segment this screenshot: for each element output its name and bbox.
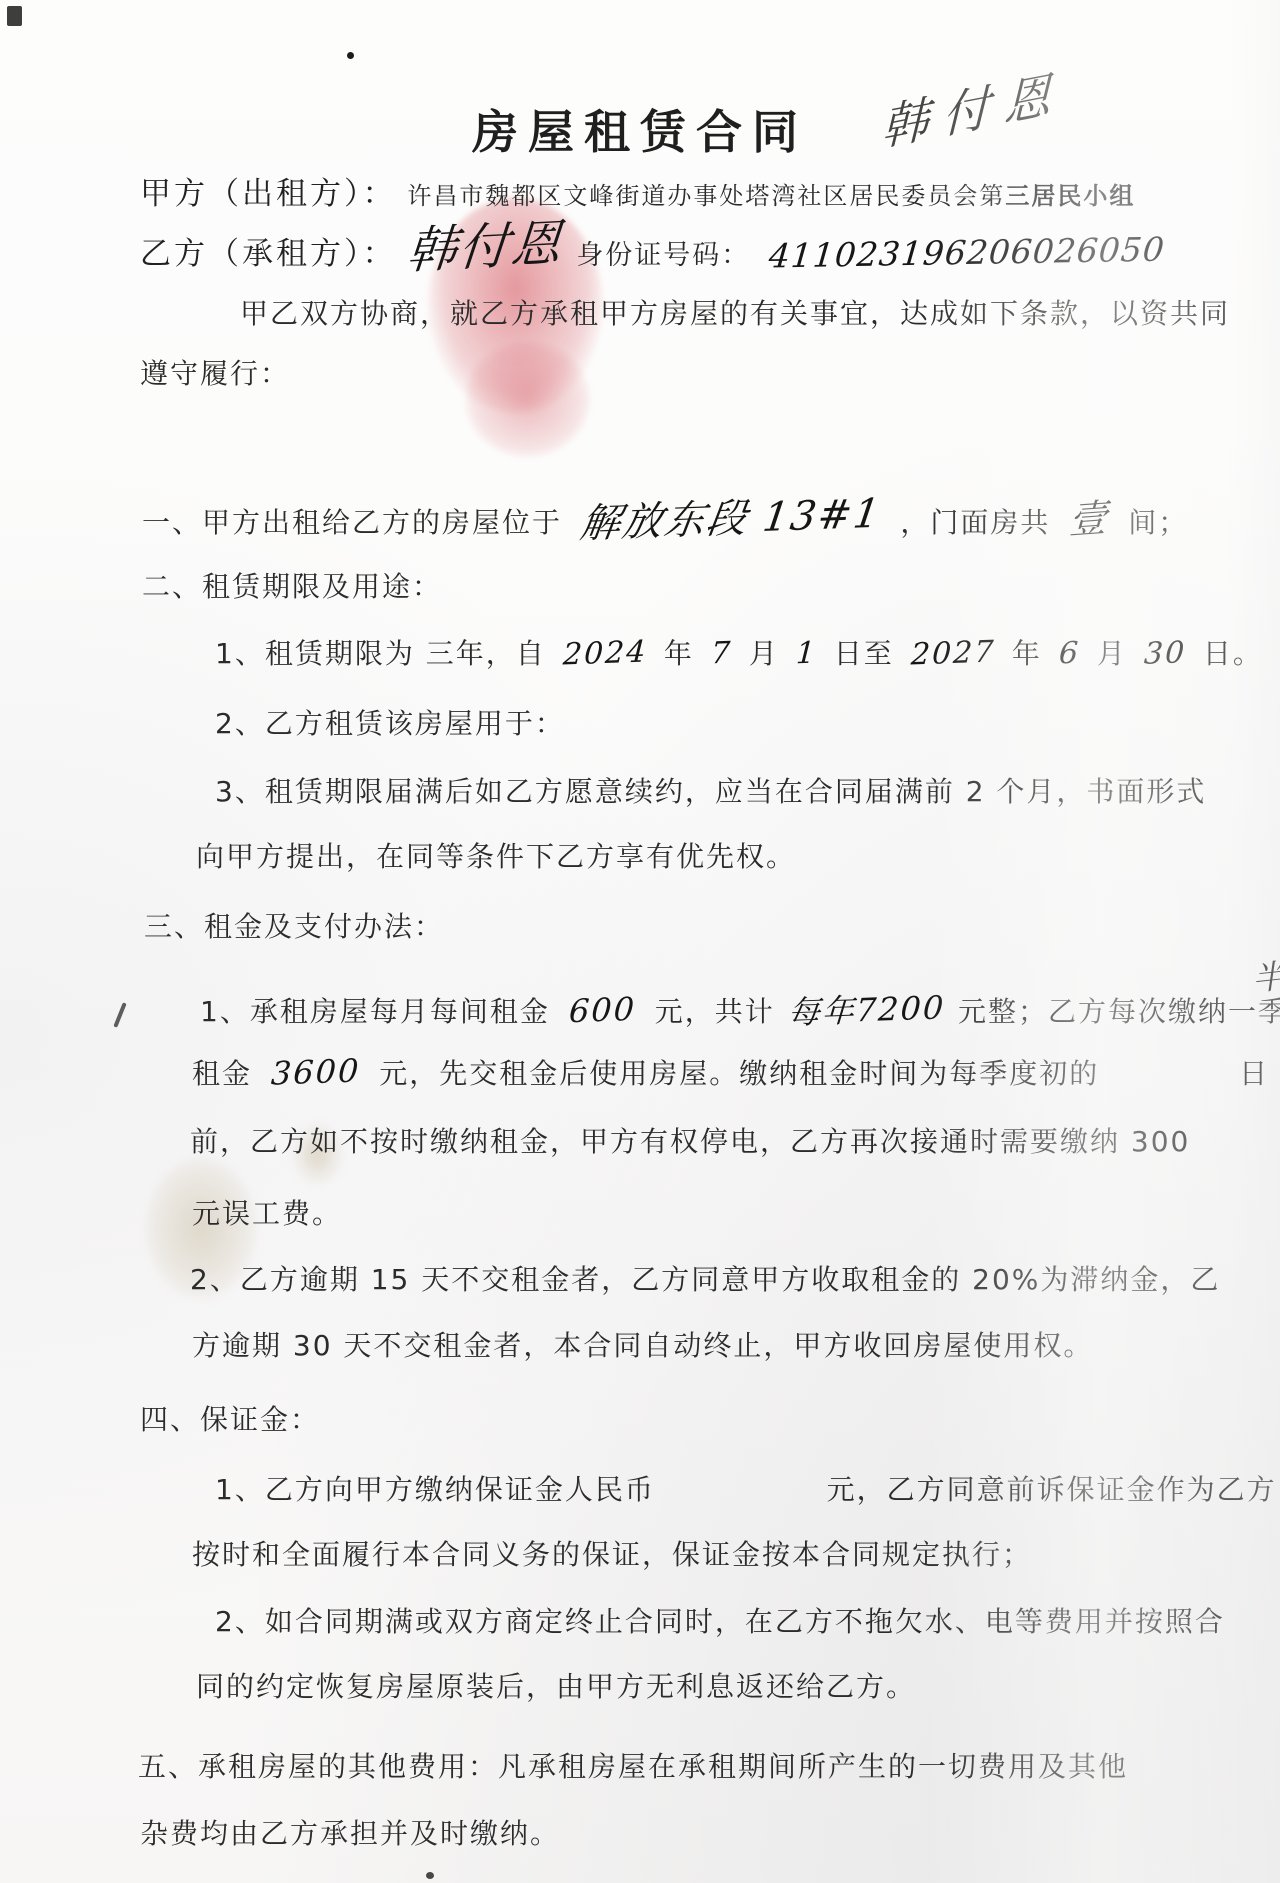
- clause-3-item-1-line-4: 元误工费。: [192, 1192, 342, 1232]
- clause-5-line-2: 杂费均由乙方承担并及时缴纳。: [140, 1812, 560, 1852]
- scanned-contract-page: 韩付恩 房屋租赁合同 甲方（出租方）： 许昌市魏都区文峰街道办事处塔湾社区居民委…: [0, 0, 1280, 1883]
- red-seal-smudge: [465, 342, 590, 457]
- scan-speck-bottom: [426, 1872, 434, 1879]
- year-label-1: 年: [664, 637, 694, 670]
- clause-1-post: 间；: [1128, 506, 1188, 539]
- clause-1-line: 一、甲方出租给乙方的房屋位于 解放东段 13#1 ，门面房共 壹 间；: [142, 487, 1188, 544]
- handwritten-id-number: 411023196206026050: [768, 230, 1167, 276]
- clause-1-mid: ，门面房共: [900, 506, 1050, 539]
- month-label-2: 月: [1097, 637, 1127, 670]
- party-a-value-group: 三居民小组: [1005, 182, 1135, 210]
- handwritten-end-day: 30: [1143, 635, 1187, 672]
- scan-speck-top-left: [7, 6, 22, 26]
- handwritten-halfyear-annotation: 半年: [1250, 947, 1280, 1001]
- party-a-line: 甲方（出租方）： 许昌市魏都区文峰街道办事处塔湾社区居民委员会第三居民小组: [140, 168, 1135, 213]
- scan-speck-left-margin: [113, 1002, 126, 1028]
- document-title: 房屋租赁合同: [0, 96, 1280, 162]
- handwritten-start-year: 2024: [562, 634, 648, 672]
- party-b-label: 乙方（承租方）：: [140, 236, 397, 272]
- clause-5-line-1: 五、承租房屋的其他费用：凡承租房屋在承租期间所产生的一切费用及其他: [138, 1745, 1128, 1785]
- clause-4-item-1-line-2: 按时和全面履行本合同义务的保证，保证金按本合同规定执行；: [192, 1533, 1032, 1573]
- handwritten-end-year: 2027: [910, 634, 996, 672]
- handwritten-start-month: 7: [710, 636, 733, 672]
- id-number-label: 身份证号码：: [576, 240, 750, 271]
- handwritten-tenant-name: 韩付恩: [406, 228, 564, 266]
- handwritten-monthly-rent: 600: [568, 990, 637, 1030]
- to-label: 日至: [834, 637, 894, 670]
- day-label: 日: [1239, 1057, 1269, 1090]
- handwritten-yearly-total: 每年7200: [786, 982, 946, 1034]
- clause-1-pre: 一、甲方出租给乙方的房屋位于: [142, 506, 562, 539]
- party-a-value: 许昌市魏都区文峰街道办事处塔湾社区居民委员会第: [407, 182, 1005, 210]
- clause-2-item-3-line-1: 3、租赁期限届满后如乙方愿意续约，应当在合同届满前 2 个月，书面形式: [215, 770, 1206, 810]
- party-a-label: 甲方（出租方）：: [140, 176, 397, 212]
- handwritten-end-month: 6: [1058, 636, 1081, 672]
- clause-2-item-2: 2、乙方租赁该房屋用于：: [215, 702, 565, 742]
- intro-line-1: 甲乙双方协商，就乙方承租甲方房屋的有关事宜，达成如下条款，以资共同: [240, 292, 1230, 332]
- rent-mid-2: 元整；乙方每次缴纳一: [958, 995, 1258, 1028]
- handwritten-quarter-rent: 3600: [270, 1051, 361, 1092]
- scan-speck-top: [347, 52, 354, 59]
- clause-3-item-1-line-2: 租金 3600 元，先交租金后使用房屋。缴纳租金时间为每季度初的 日: [192, 1052, 1269, 1092]
- quarter-word: 季度: [1258, 995, 1280, 1028]
- end-label: 日。: [1203, 637, 1263, 670]
- handwritten-room-count: 壹: [1068, 486, 1110, 544]
- clause-3-item-2-line-2: 方逾期 30 天不交租金者，本合同自动终止，甲方收回房屋使用权。: [192, 1324, 1093, 1364]
- clause-2-item-1: 1、租赁期限为 三年，自 2024 年 7 月 1 日至 2027 年 6 月 …: [215, 632, 1263, 672]
- rent-mid-1: 元，共计: [655, 995, 775, 1028]
- intro-line-2: 遵守履行：: [140, 352, 290, 392]
- clause-4-heading: 四、保证金：: [140, 1398, 320, 1438]
- clause-3-item-2-line-1: 2、乙方逾期 15 天不交租金者，乙方同意甲方收取租金的 20%为滞纳金，乙: [190, 1258, 1220, 1298]
- clause-3-heading: 三、租金及支付办法：: [144, 905, 444, 945]
- clause-4-item-1-line-1: 1、乙方向甲方缴纳保证金人民币 元，乙方同意前诉保证金作为乙方: [215, 1468, 1277, 1508]
- month-label-1: 月: [749, 637, 779, 670]
- deposit-pre: 1、乙方向甲方缴纳保证金人民币: [215, 1473, 655, 1506]
- quarter-rent-suf: 元，先交租金后使用房屋。缴纳租金时间为每季度初的: [379, 1057, 1099, 1090]
- party-b-line: 乙方（承租方）： 韩付恩 身份证号码： 411023196206026050: [140, 228, 1173, 273]
- year-label-2: 年: [1012, 637, 1042, 670]
- quarter-rent-pre: 租金: [192, 1057, 252, 1090]
- handwritten-start-day: 1: [795, 636, 818, 672]
- deposit-suf: 元，乙方同意前诉保证金作为乙方: [827, 1473, 1277, 1506]
- quarter-word-wrap: 季度半年: [1258, 990, 1280, 1030]
- clause-4-item-2-line-2: 同的约定恢复房屋原装后，由甲方无利息返还给乙方。: [196, 1665, 916, 1705]
- clause-4-item-2-line-1: 2、如合同期满或双方商定终止合同时，在乙方不拖欠水、电等费用并按照合: [215, 1600, 1225, 1640]
- clause-2-item-3-line-2: 向甲方提出，在同等条件下乙方享有优先权。: [196, 835, 796, 875]
- handwritten-property-location: 解放东段 13#1: [577, 482, 885, 550]
- lease-term-pre: 1、租赁期限为 三年，自: [215, 637, 546, 670]
- clause-3-item-1-line-3: 前，乙方如不按时缴纳租金，甲方有权停电，乙方再次接通时需要缴纳 300: [190, 1120, 1190, 1160]
- clause-2-heading: 二、租赁期限及用途：: [142, 565, 442, 605]
- clause-3-item-1-line-1: 1、承租房屋每月每间租金 600 元，共计 每年7200 元整；乙方每次缴纳一季…: [200, 985, 1280, 1031]
- rent-pre: 1、承租房屋每月每间租金: [200, 995, 550, 1028]
